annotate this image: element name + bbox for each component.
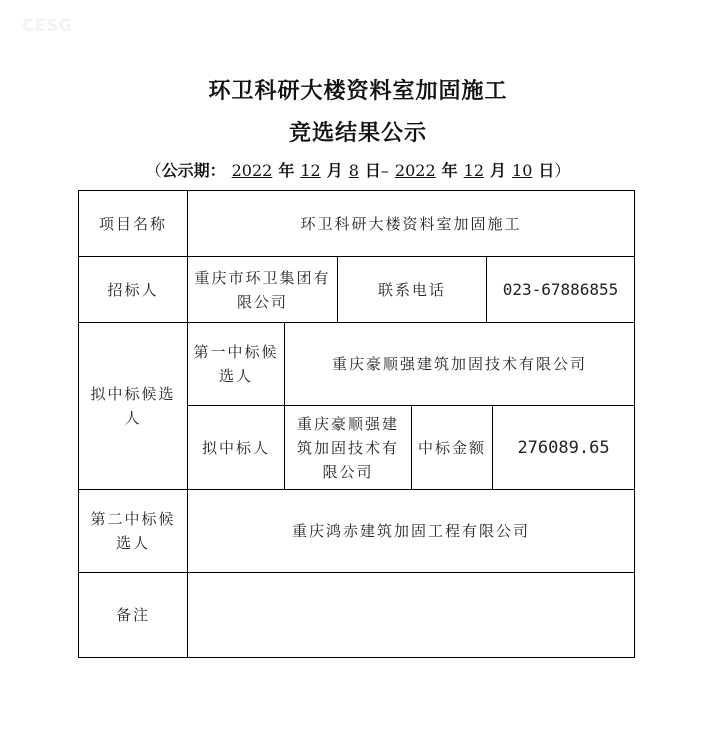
start-year: 2022 <box>226 161 279 180</box>
proposed-winner-label: 拟中标人 <box>187 405 285 490</box>
start-month: 12 <box>294 161 326 180</box>
day-char: 日 <box>538 161 554 180</box>
month-char: 月 <box>490 161 506 180</box>
first-candidate-label: 第一中标候选人 <box>187 322 285 406</box>
start-day: 8 <box>343 161 365 180</box>
document-title: 环卫科研大楼资料室加固施工 <box>0 74 716 105</box>
bid-amount-label: 中标金额 <box>411 405 493 490</box>
project-name-label: 项目名称 <box>78 190 188 257</box>
first-candidate-value: 重庆豪顺强建筑加固技术有限公司 <box>284 322 635 406</box>
month-char: 月 <box>327 161 343 180</box>
bid-amount-value: 276089.65 <box>492 405 635 490</box>
end-month: 12 <box>458 161 490 180</box>
contact-phone-label: 联系电话 <box>337 256 487 323</box>
year-char: 年 <box>442 161 458 180</box>
second-candidate-label: 第二中标候选人 <box>78 489 188 573</box>
end-day: 10 <box>506 161 538 180</box>
close-paren: ） <box>554 161 570 180</box>
candidates-label: 拟中标候选人 <box>78 322 188 490</box>
project-name-value: 环卫科研大楼资料室加固施工 <box>187 190 635 257</box>
tenderer-value: 重庆市环卫集团有限公司 <box>187 256 338 323</box>
open-paren: （ <box>146 161 162 180</box>
watermark-logo: CESG <box>22 16 72 36</box>
period-label: 公示期： <box>162 161 226 180</box>
contact-phone-value: 023-67886855 <box>486 256 635 323</box>
proposed-winner-value: 重庆豪顺强建筑加固技术有限公司 <box>284 405 412 490</box>
publicity-period: （公示期：2022年12月8日–2022年12月10日） <box>0 158 716 181</box>
document-subtitle: 竞选结果公示 <box>0 116 716 147</box>
remarks-value <box>187 572 635 658</box>
date-dash: – <box>381 161 389 180</box>
end-year: 2022 <box>389 161 442 180</box>
remarks-label: 备注 <box>78 572 188 658</box>
results-table: 项目名称 环卫科研大楼资料室加固施工 招标人 重庆市环卫集团有限公司 联系电话 … <box>78 190 635 658</box>
second-candidate-value: 重庆鸿赤建筑加固工程有限公司 <box>187 489 635 573</box>
day-char: 日 <box>365 161 381 180</box>
tenderer-label: 招标人 <box>78 256 188 323</box>
year-char: 年 <box>278 161 294 180</box>
